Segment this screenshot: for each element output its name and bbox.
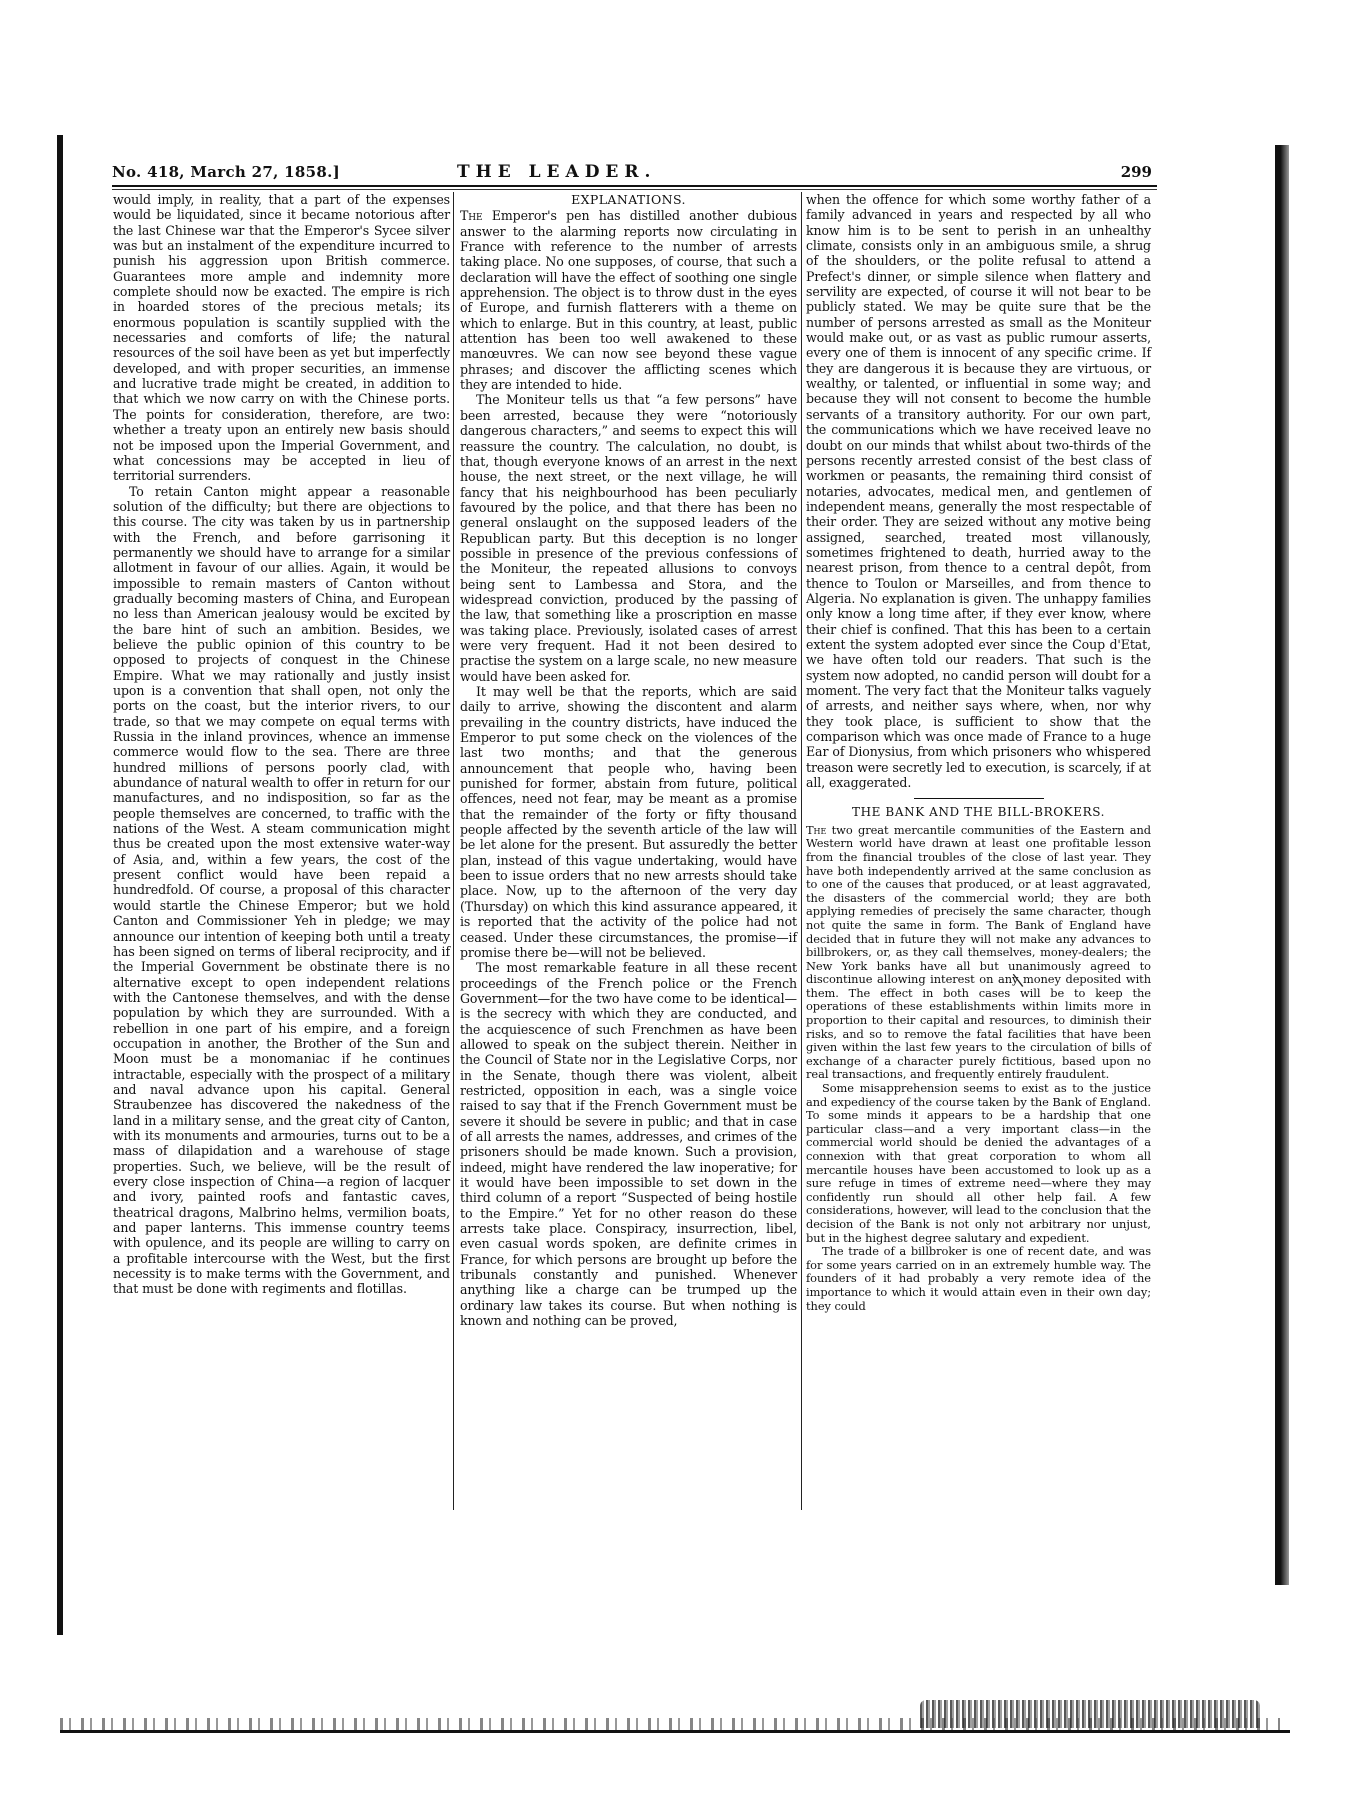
paragraph: would imply, in reality, that a part of … xyxy=(113,192,450,484)
header-rule-thin xyxy=(112,189,1157,190)
article-body-bank: The two great mercantile communities of … xyxy=(806,824,1151,1313)
paragraph: Some misapprehension seems to exist as t… xyxy=(806,1082,1151,1245)
column-divider xyxy=(801,192,802,1510)
column-1: would imply, in reality, that a part of … xyxy=(113,192,450,1297)
paragraph: The Moniteur tells us that “a few person… xyxy=(460,392,797,684)
article-heading-explanations: EXPLANATIONS. xyxy=(460,192,797,207)
column-2: EXPLANATIONS. The Emperor's pen has dist… xyxy=(460,192,797,1328)
scan-binding-edge xyxy=(57,135,63,1635)
paragraph: The two great mercantile communities of … xyxy=(806,824,1151,1082)
page-header: No. 418, March 27, 1858.] THE LEADER. 29… xyxy=(112,163,1152,185)
scan-page-edge xyxy=(1275,145,1289,1585)
paragraph: The most remarkable feature in all these… xyxy=(460,960,797,1328)
header-rule xyxy=(112,185,1157,187)
paragraph: when the offence for which some worthy f… xyxy=(806,192,1151,790)
paragraph: To retain Canton might appear a reasonab… xyxy=(113,484,450,1297)
paragraph: It may well be that the reports, which a… xyxy=(460,684,797,960)
masthead: THE LEADER. xyxy=(457,162,656,182)
scan-artifact-noise xyxy=(60,1718,1280,1730)
paragraph: The trade of a billbroker is one of rece… xyxy=(806,1245,1151,1313)
paragraph-text: two great mercantile communities of the … xyxy=(806,823,1151,1082)
paragraph: The Emperor's pen has distilled another … xyxy=(460,208,797,392)
column-3: when the offence for which some worthy f… xyxy=(806,192,1151,1313)
article-heading-bank: THE BANK AND THE BILL-BROKERS. xyxy=(806,805,1151,820)
lead-word: The xyxy=(806,823,826,837)
page-bottom-edge xyxy=(60,1730,1290,1733)
page-number: 299 xyxy=(1121,163,1152,181)
paragraph-text: Emperor's pen has distilled another dubi… xyxy=(460,208,797,392)
column-divider xyxy=(453,192,454,1510)
lead-word: The xyxy=(460,208,483,223)
section-divider xyxy=(914,798,1044,799)
issue-date: No. 418, March 27, 1858.] xyxy=(112,163,340,181)
